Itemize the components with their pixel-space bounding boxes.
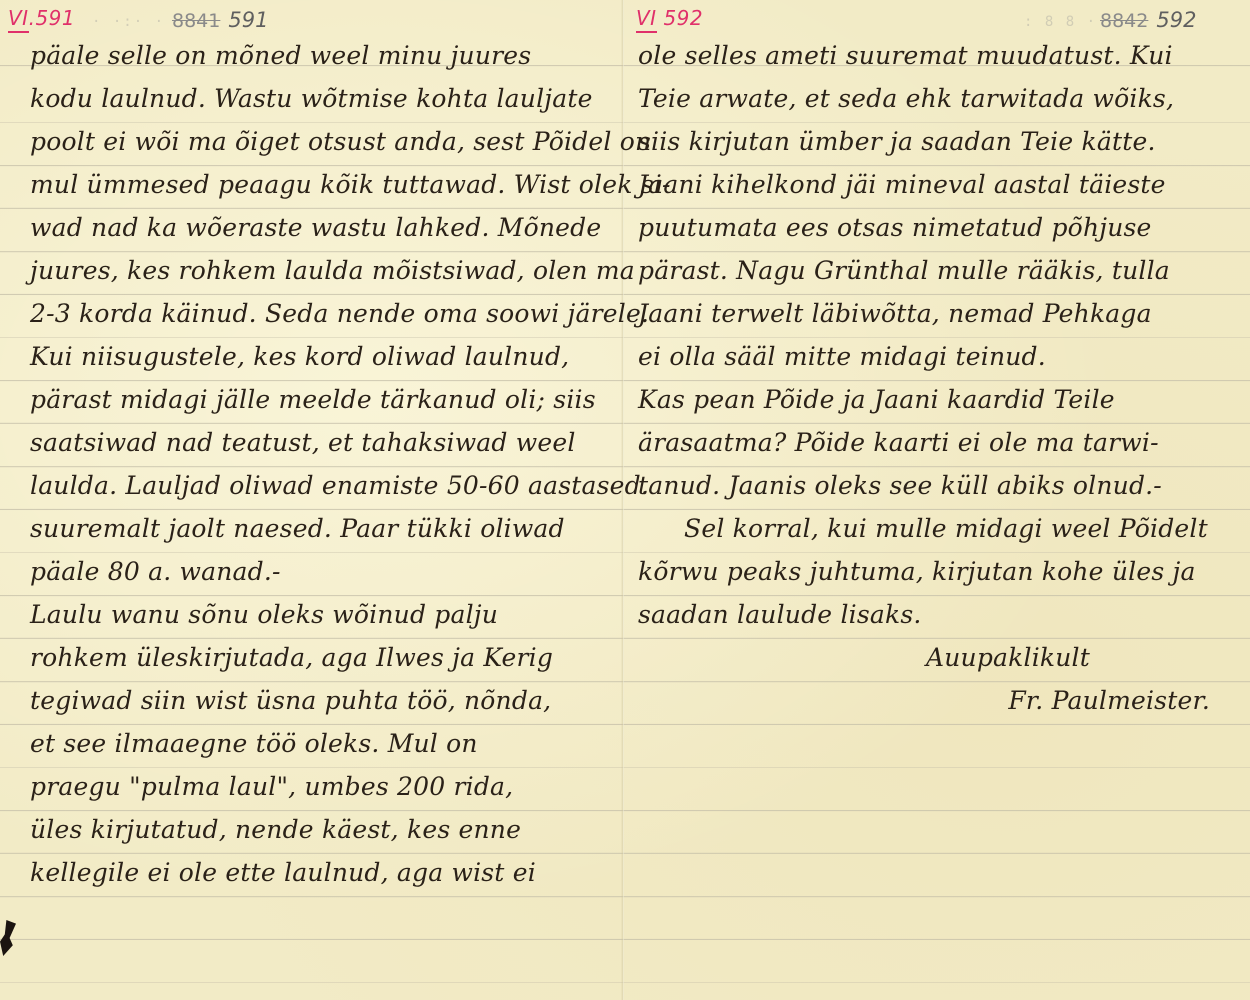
text-line: mul ümmesed peaagu kõik tuttawad. Wist o…	[0, 163, 621, 206]
ink-blot	[0, 920, 16, 956]
closing-salutation: Auupaklikult	[624, 636, 1250, 679]
struck-folio-number: 8841	[172, 10, 220, 32]
text-line: wad nad ka wõeraste wastu lahked. Mõnede	[0, 206, 621, 249]
text-line: pärast. Nagu Grünthal mulle rääkis, tull…	[624, 249, 1250, 292]
text-line: poolt ei wõi ma õiget otsust anda, sest …	[0, 120, 621, 163]
right-text-body: ole selles ameti suuremat muudatust. Kui…	[624, 40, 1250, 728]
archive-roman: VI	[8, 6, 29, 33]
text-line: kodu laulnud. Wastu wõtmise kohta laulja…	[0, 77, 621, 120]
text-line: suuremalt jaolt naesed. Paar tükki oliwa…	[0, 507, 621, 550]
letter-sheet: VI.591 · ·:· · 8841 591 päale selle on m…	[0, 0, 1250, 1000]
folio-number: 591	[228, 8, 268, 32]
text-line: Jaani terwelt läbiwõtta, nemad Pehkaga	[624, 292, 1250, 335]
text-line: Teie arwate, et seda ehk tarwitada wõiks…	[624, 77, 1250, 120]
text-line: Kas pean Põide ja Jaani kaardid Teile	[624, 378, 1250, 421]
text-line: üles kirjutatud, nende käest, kes enne	[0, 808, 621, 851]
text-line: praegu "pulma laul", umbes 200 rida,	[0, 765, 621, 808]
archive-number: .591	[29, 6, 76, 30]
struck-folio-number: 8842	[1100, 10, 1148, 32]
text-line: siis kirjutan ümber ja saadan Teie kätte…	[624, 120, 1250, 163]
text-line: rohkem üleskirjutada, aga Ilwes ja Kerig	[0, 636, 621, 679]
text-line: Jaani kihelkond jäi mineval aastal täies…	[624, 163, 1250, 206]
text-line: pärast midagi jälle meelde tärkanud oli;…	[0, 378, 621, 421]
text-line: kellegile ei ole ette laulnud, aga wist …	[0, 851, 621, 894]
text-line: puutumata ees otsas nimetatud põhjuse	[624, 206, 1250, 249]
faded-stamp: · ·:· ·	[92, 14, 165, 30]
text-line: 2-3 korda käinud. Seda nende oma soowi j…	[0, 292, 621, 335]
text-line: Kui niisugustele, kes kord oliwad laulnu…	[0, 335, 621, 378]
text-line: Laulu wanu sõnu oleks wõinud palju	[0, 593, 621, 636]
folio-number: 592	[1156, 8, 1196, 32]
text-line: ärasaatma? Põide kaarti ei ole ma tarwi-	[624, 421, 1250, 464]
text-line: tegiwad siin wist üsna puhta töö, nõnda,	[0, 679, 621, 722]
folio-right: 8842 592	[1100, 8, 1196, 32]
archive-roman: VI	[636, 6, 657, 33]
faded-stamp: : 8 8 ·	[1024, 14, 1097, 30]
text-line: ei olla sääl mitte midagi teinud.	[624, 335, 1250, 378]
text-line: päale selle on mõned weel minu juures	[0, 34, 621, 77]
left-page: VI.591 · ·:· · 8841 591 päale selle on m…	[0, 0, 621, 1000]
text-line: tanud. Jaanis oleks see küll abiks olnud…	[624, 464, 1250, 507]
left-text-body: päale selle on mõned weel minu juures ko…	[0, 40, 621, 900]
archive-mark-left: VI.591	[8, 6, 75, 30]
text-line: juures, kes rohkem laulda mõistsiwad, ol…	[0, 249, 621, 292]
text-line: laulda. Lauljad oliwad enamiste 50-60 aa…	[0, 464, 621, 507]
signature: Fr. Paulmeister.	[624, 679, 1250, 722]
folio-left: 8841 591	[172, 8, 268, 32]
text-line: Sel korral, kui mulle midagi weel Põidel…	[624, 507, 1250, 550]
text-line: saadan laulude lisaks.	[624, 593, 1250, 636]
text-line: päale 80 a. wanad.-	[0, 550, 621, 593]
right-page: VI 592 : 8 8 · 8842 592 ole selles ameti…	[624, 0, 1250, 1000]
text-line: kõrwu peaks juhtuma, kirjutan kohe üles …	[624, 550, 1250, 593]
text-line: saatsiwad nad teatust, et tahaksiwad wee…	[0, 421, 621, 464]
archive-mark-right: VI 592	[636, 6, 703, 30]
archive-number: 592	[663, 6, 703, 30]
text-line: ole selles ameti suuremat muudatust. Kui	[624, 34, 1250, 77]
text-line: et see ilmaaegne töö oleks. Mul on	[0, 722, 621, 765]
